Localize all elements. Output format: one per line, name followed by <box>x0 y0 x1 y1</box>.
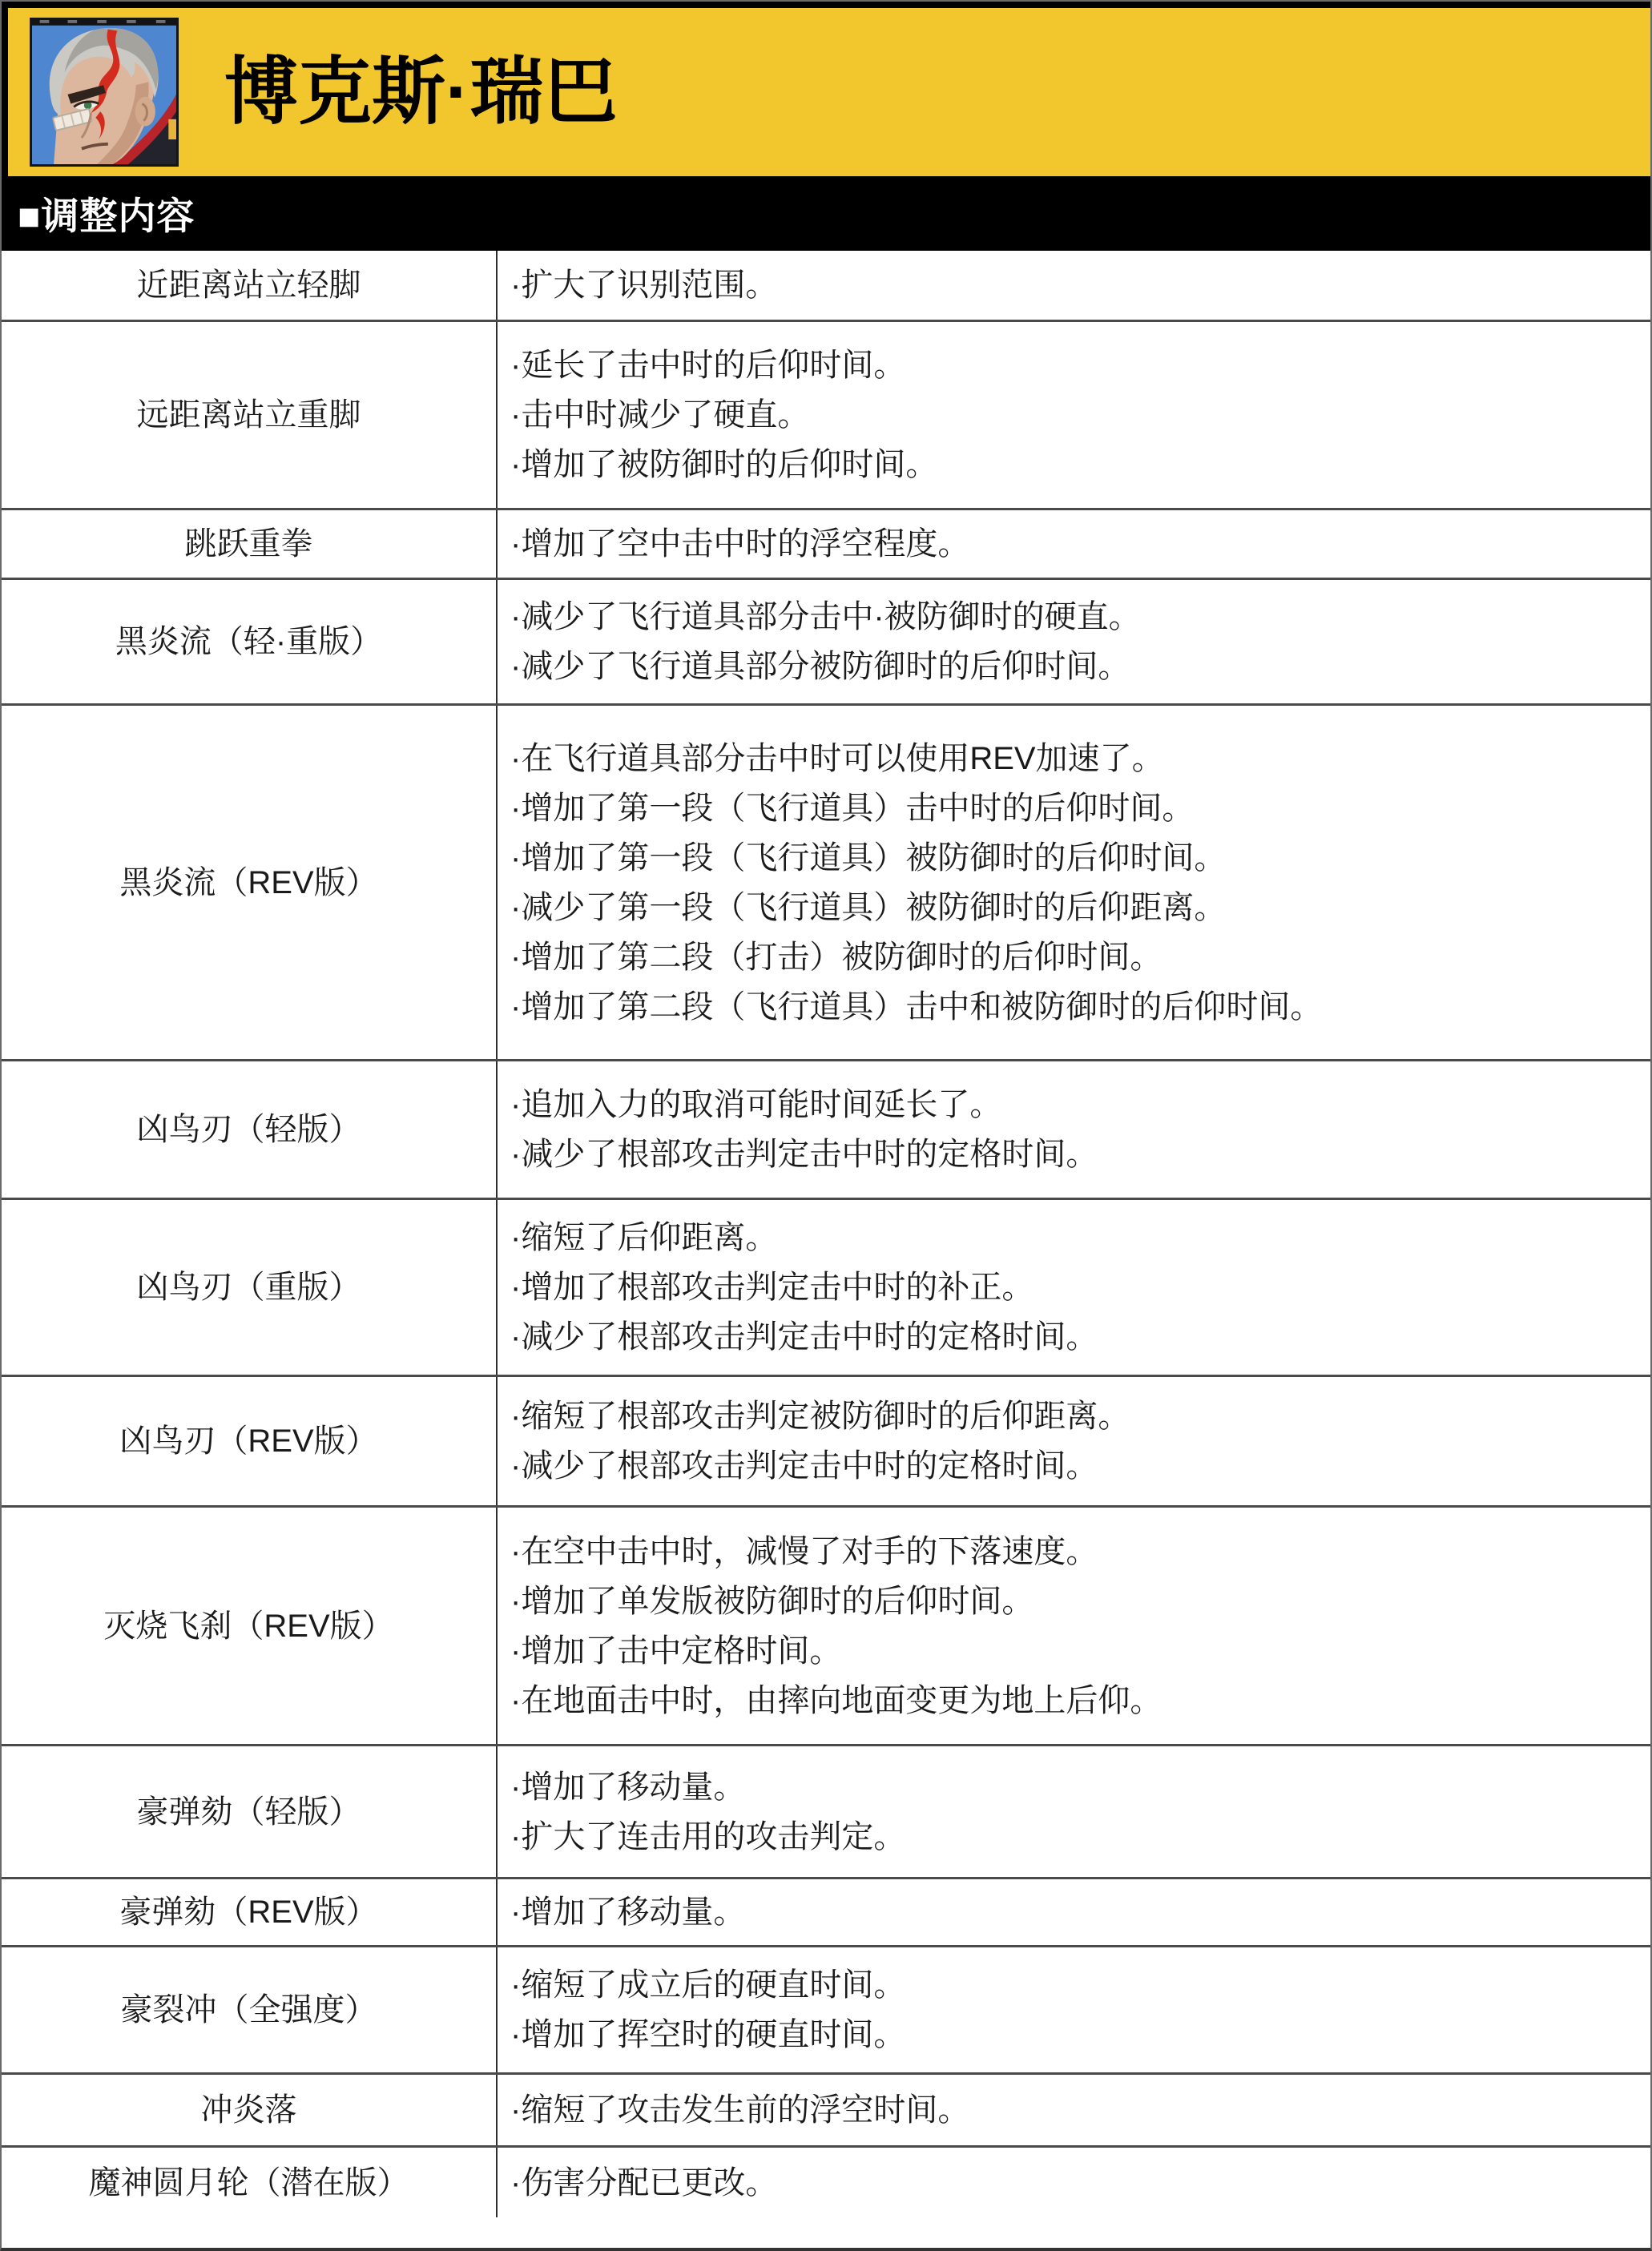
character-name: 博克斯·瑞巴 <box>224 55 618 129</box>
table-row: 豪裂冲（全强度） ·缩短了成立后的硬直时间。 ·增加了挥空时的硬直时间。 <box>2 1947 1650 2075</box>
table-row: 灭烧飞刹（REV版） ·在空中击中时，减慢了对手的下落速度。 ·增加了单发版被防… <box>2 1508 1650 1746</box>
change-item: ·增加了第二段（飞行道具）击中和被防御时的后仰时间。 <box>510 982 1631 1032</box>
change-item: ·在飞行道具部分击中时可以使用REV加速了。 <box>510 734 1631 783</box>
change-item: ·增加了单发版被防御时的后仰时间。 <box>510 1577 1631 1626</box>
move-name: 冲炎落 <box>2 2075 498 2145</box>
move-name: 豪弹劾（REV版） <box>2 1879 498 1945</box>
move-changes: ·缩短了根部攻击判定被防御时的后仰距离。 ·减少了根部攻击判定击中时的定格时间。 <box>498 1377 1650 1505</box>
move-name: 远距离站立重脚 <box>2 322 498 508</box>
character-header: 博克斯·瑞巴 <box>2 8 1650 176</box>
move-name: 跳跃重拳 <box>2 510 498 578</box>
move-changes: ·增加了空中击中时的浮空程度。 <box>498 510 1650 578</box>
change-item: ·扩大了识别范围。 <box>510 260 1631 310</box>
table-row: 豪弹劾（轻版） ·增加了移动量。 ·扩大了连击用的攻击判定。 <box>2 1746 1650 1879</box>
change-item: ·增加了根部攻击判定击中时的补正。 <box>510 1262 1631 1312</box>
character-portrait <box>30 18 179 167</box>
change-item: ·增加了第二段（打击）被防御时的后仰时间。 <box>510 932 1631 982</box>
change-item: ·延长了击中时的后仰时间。 <box>510 340 1631 390</box>
move-changes: ·在飞行道具部分击中时可以使用REV加速了。 ·增加了第一段（飞行道具）击中时的… <box>498 706 1650 1059</box>
change-item: ·在空中击中时，减慢了对手的下落速度。 <box>510 1527 1631 1577</box>
table-row: 黑炎流（轻·重版） ·减少了飞行道具部分击中·被防御时的硬直。 ·减少了飞行道具… <box>2 580 1650 706</box>
move-changes: ·延长了击中时的后仰时间。 ·击中时减少了硬直。 ·增加了被防御时的后仰时间。 <box>498 322 1650 508</box>
change-item: ·减少了根部攻击判定击中时的定格时间。 <box>510 1130 1631 1179</box>
change-item: ·增加了被防御时的后仰时间。 <box>510 440 1631 489</box>
change-item: ·伤害分配已更改。 <box>510 2158 1631 2208</box>
move-name: 黑炎流（轻·重版） <box>2 580 498 703</box>
change-item: ·缩短了成立后的硬直时间。 <box>510 1960 1631 2010</box>
move-changes: ·伤害分配已更改。 <box>498 2148 1650 2217</box>
change-item: ·扩大了连击用的攻击判定。 <box>510 1812 1631 1862</box>
change-item: ·减少了第一段（飞行道具）被防御时的后仰距离。 <box>510 883 1631 932</box>
table-row: 凶鸟刃（重版） ·缩短了后仰距离。 ·增加了根部攻击判定击中时的补正。 ·减少了… <box>2 1200 1650 1377</box>
change-item: ·缩短了根部攻击判定被防御时的后仰距离。 <box>510 1391 1631 1441</box>
change-item: ·增加了第一段（飞行道具）被防御时的后仰时间。 <box>510 833 1631 883</box>
move-name: 凶鸟刃（重版） <box>2 1200 498 1375</box>
table-row: 凶鸟刃（轻版） ·追加入力的取消可能时间延长了。 ·减少了根部攻击判定击中时的定… <box>2 1061 1650 1200</box>
change-item: ·增加了移动量。 <box>510 1762 1631 1812</box>
move-name: 黑炎流（REV版） <box>2 706 498 1059</box>
move-name: 灭烧飞刹（REV版） <box>2 1508 498 1744</box>
change-item: ·增加了移动量。 <box>510 1887 1631 1937</box>
change-item: ·减少了飞行道具部分击中·被防御时的硬直。 <box>510 592 1631 642</box>
move-name: 凶鸟刃（REV版） <box>2 1377 498 1505</box>
adjustments-table: 近距离站立轻脚 ·扩大了识别范围。 远距离站立重脚 ·延长了击中时的后仰时间。 … <box>2 251 1650 2217</box>
move-changes: ·增加了移动量。 <box>498 1879 1650 1945</box>
change-item: ·缩短了后仰距离。 <box>510 1213 1631 1262</box>
top-black-strip <box>2 2 1650 8</box>
move-changes: ·扩大了识别范围。 <box>498 251 1650 320</box>
table-row: 远距离站立重脚 ·延长了击中时的后仰时间。 ·击中时减少了硬直。 ·增加了被防御… <box>2 322 1650 510</box>
move-name: 凶鸟刃（轻版） <box>2 1061 498 1198</box>
move-changes: ·追加入力的取消可能时间延长了。 ·减少了根部攻击判定击中时的定格时间。 <box>498 1061 1650 1198</box>
change-item: ·减少了根部攻击判定击中时的定格时间。 <box>510 1312 1631 1362</box>
move-name: 豪裂冲（全强度） <box>2 1947 498 2072</box>
table-row: 魔神圆月轮（潜在版） ·伤害分配已更改。 <box>2 2148 1650 2217</box>
move-changes: ·在空中击中时，减慢了对手的下落速度。 ·增加了单发版被防御时的后仰时间。 ·增… <box>498 1508 1650 1744</box>
table-row: 凶鸟刃（REV版） ·缩短了根部攻击判定被防御时的后仰距离。 ·减少了根部攻击判… <box>2 1377 1650 1508</box>
table-row: 冲炎落 ·缩短了攻击发生前的浮空时间。 <box>2 2075 1650 2148</box>
change-item: ·增加了挥空时的硬直时间。 <box>510 2010 1631 2060</box>
change-item: ·增加了空中击中时的浮空程度。 <box>510 519 1631 569</box>
move-changes: ·缩短了攻击发生前的浮空时间。 <box>498 2075 1650 2145</box>
change-item: ·增加了第一段（飞行道具）击中时的后仰时间。 <box>510 783 1631 833</box>
move-name: 豪弹劾（轻版） <box>2 1746 498 1877</box>
change-item: ·减少了飞行道具部分被防御时的后仰时间。 <box>510 642 1631 691</box>
move-changes: ·增加了移动量。 ·扩大了连击用的攻击判定。 <box>498 1746 1650 1877</box>
change-item: ·缩短了攻击发生前的浮空时间。 <box>510 2085 1631 2135</box>
move-changes: ·减少了飞行道具部分击中·被防御时的硬直。 ·减少了飞行道具部分被防御时的后仰时… <box>498 580 1650 703</box>
move-name: 魔神圆月轮（潜在版） <box>2 2148 498 2217</box>
change-item: ·在地面击中时，由摔向地面变更为地上后仰。 <box>510 1676 1631 1725</box>
character-portrait-illustration <box>32 20 176 164</box>
move-changes: ·缩短了成立后的硬直时间。 ·增加了挥空时的硬直时间。 <box>498 1947 1650 2072</box>
move-name: 近距离站立轻脚 <box>2 251 498 320</box>
move-changes: ·缩短了后仰距离。 ·增加了根部攻击判定击中时的补正。 ·减少了根部攻击判定击中… <box>498 1200 1650 1375</box>
section-bar: ■调整内容 <box>2 176 1650 251</box>
section-title: ■调整内容 <box>18 187 195 240</box>
change-item: ·减少了根部攻击判定击中时的定格时间。 <box>510 1441 1631 1491</box>
table-row: 豪弹劾（REV版） ·增加了移动量。 <box>2 1879 1650 1947</box>
table-row: 黑炎流（REV版） ·在飞行道具部分击中时可以使用REV加速了。 ·增加了第一段… <box>2 706 1650 1061</box>
change-item: ·击中时减少了硬直。 <box>510 390 1631 440</box>
table-row: 跳跃重拳 ·增加了空中击中时的浮空程度。 <box>2 510 1650 580</box>
patch-notes-page: 博克斯·瑞巴 ■调整内容 近距离站立轻脚 ·扩大了识别范围。 远距离站立重脚 ·… <box>0 0 1652 2251</box>
table-row: 近距离站立轻脚 ·扩大了识别范围。 <box>2 251 1650 322</box>
change-item: ·追加入力的取消可能时间延长了。 <box>510 1080 1631 1130</box>
change-item: ·增加了击中定格时间。 <box>510 1626 1631 1676</box>
